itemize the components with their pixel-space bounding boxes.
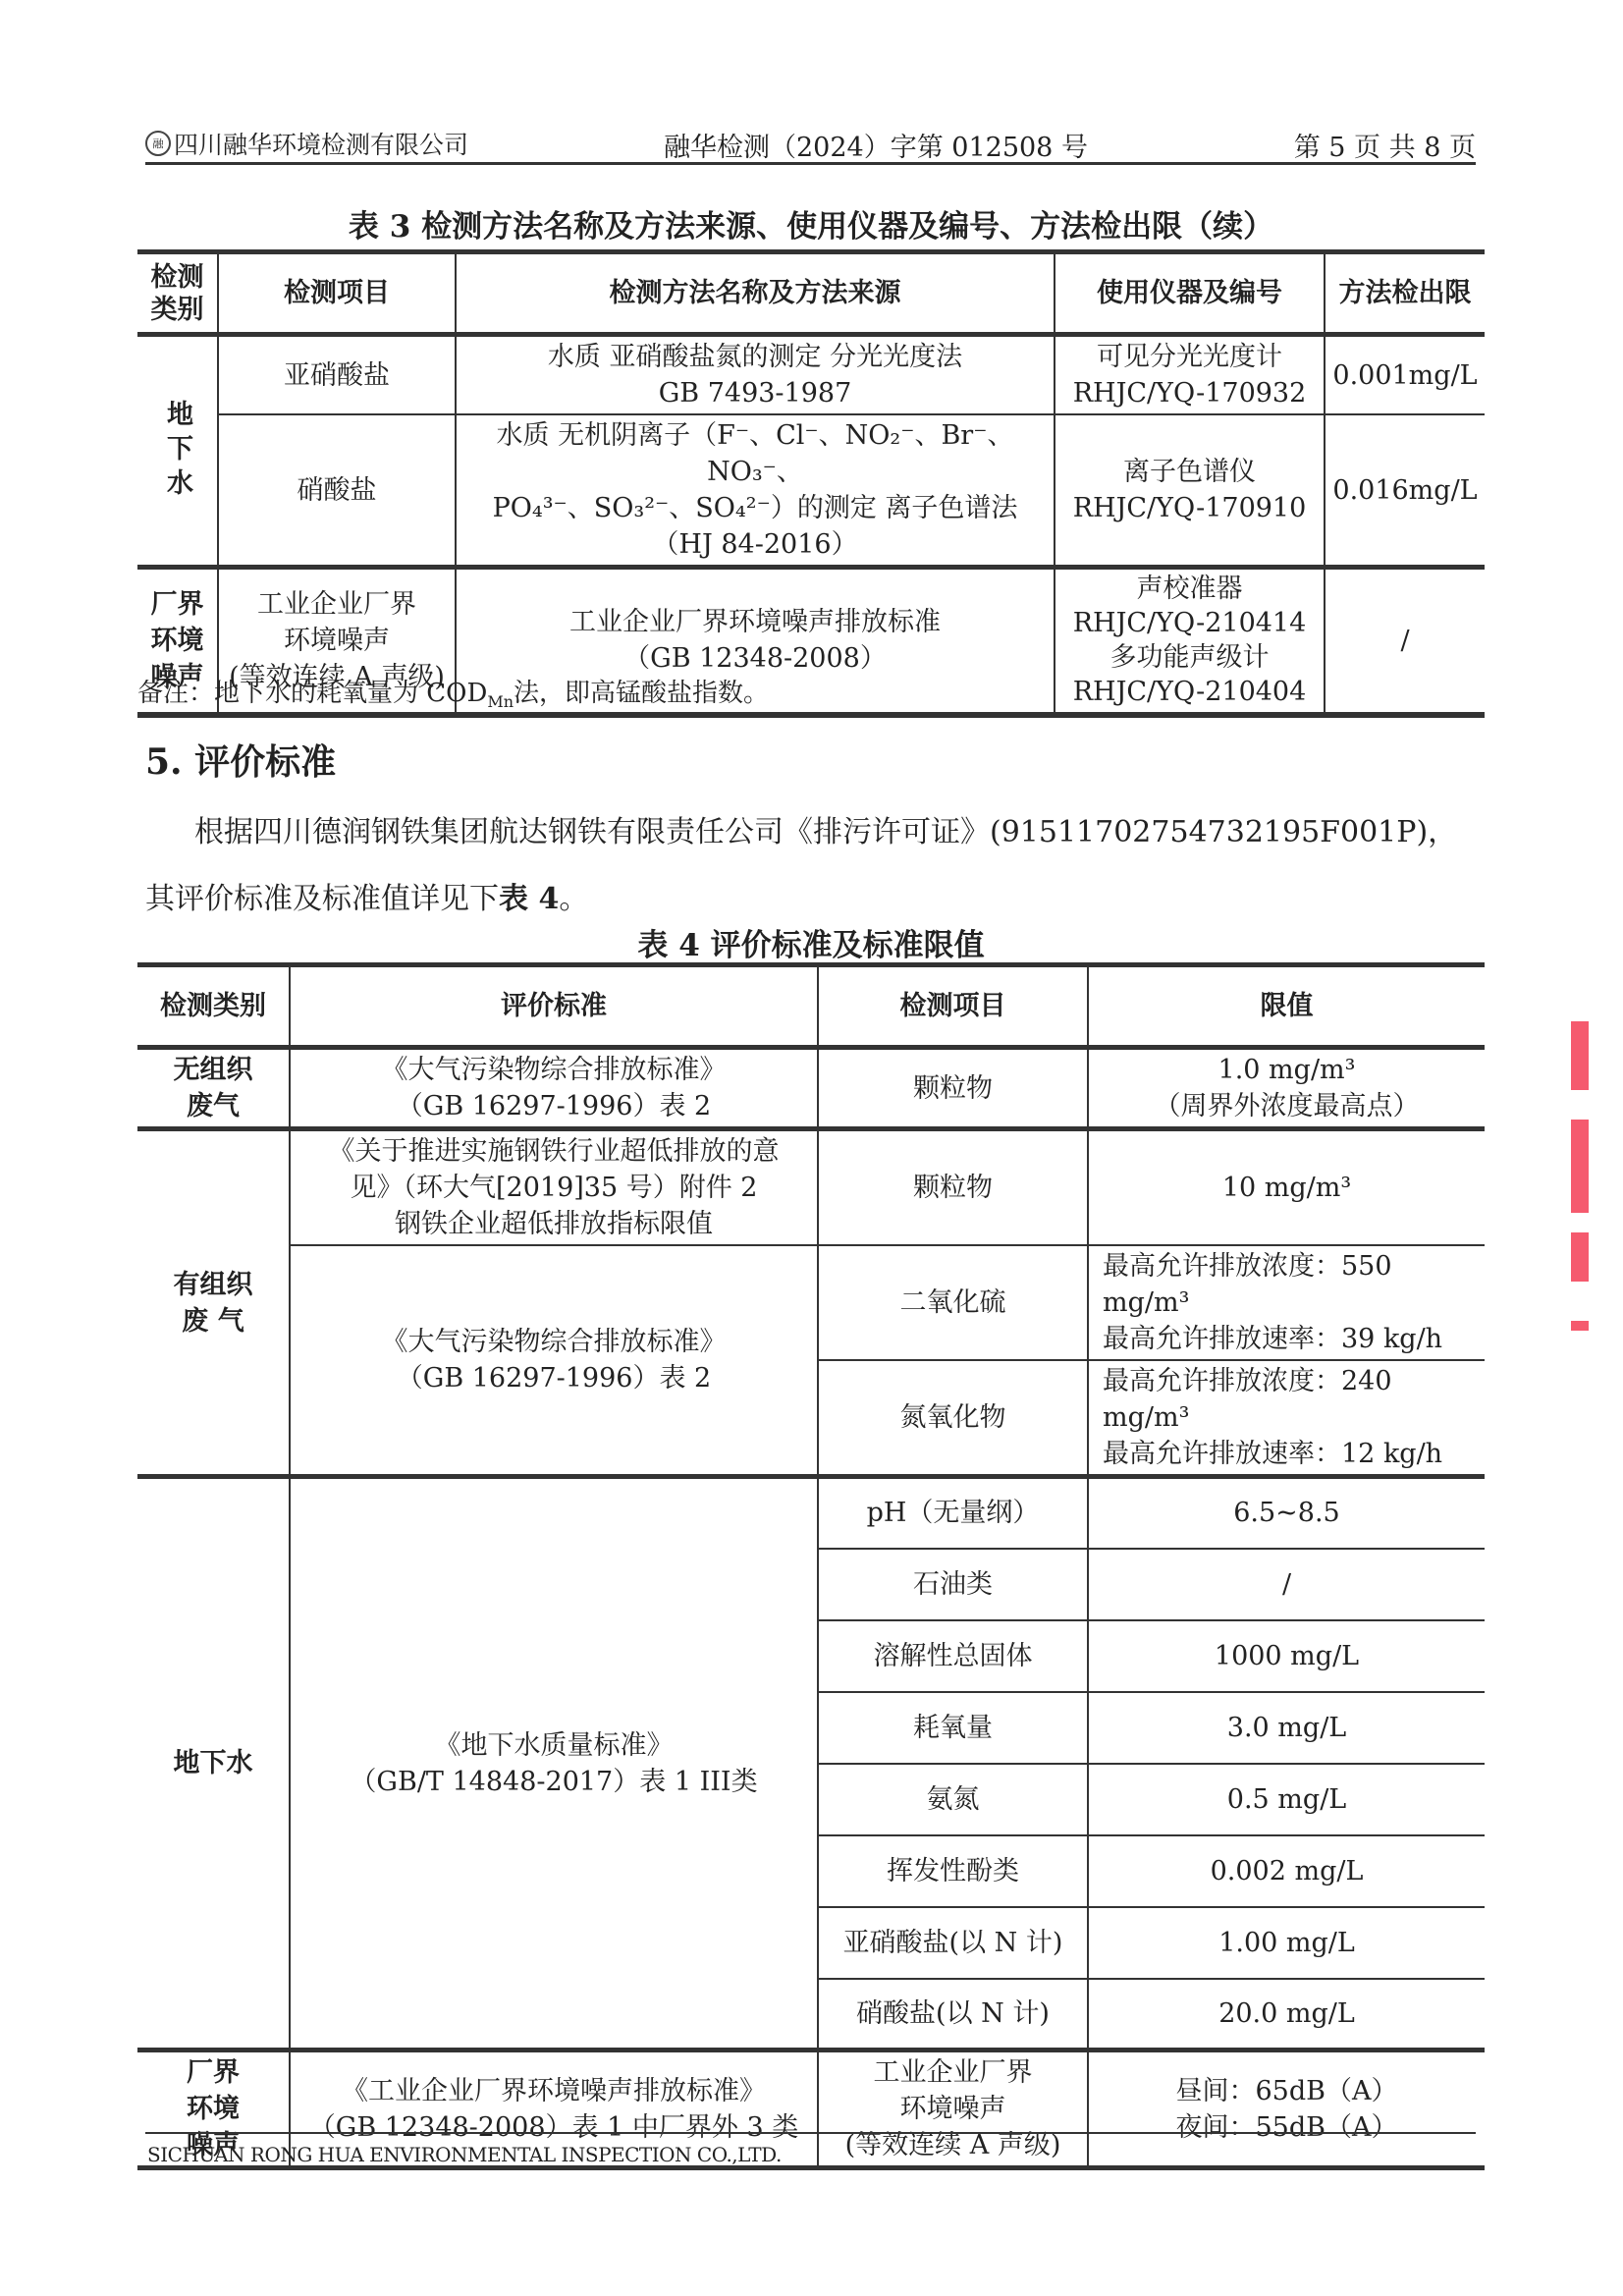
paragraph-line: 根据四川德润钢铁集团航达钢铁有限责任公司《排污许可证》(915117027547… [194, 807, 1457, 850]
item-cell: 石油类 [818, 1549, 1088, 1620]
method-line: 水质 亚硝酸盐氮的测定 分光光度法 [460, 339, 1050, 375]
header-divider [145, 162, 1476, 165]
item-cell: pH（无量纲） [818, 1477, 1088, 1549]
instrument-line: 离子色谱仪 [1059, 454, 1320, 490]
seal-stamp-fragment [1571, 1120, 1589, 1213]
limit-cell: 10 mg/m³ [1088, 1129, 1485, 1246]
item-line: 工业企业厂界 [819, 2054, 1087, 2091]
limit-cell: 最高允许排放浓度：550 mg/m³最高允许排放速率：39 kg/h [1088, 1245, 1485, 1360]
standard-line: 《工业企业厂界环境噪声排放标准》 [295, 2073, 813, 2109]
table-row: 有组织废 气 《关于推进实施钢铁行业超低排放的意见》（环大气[2019]35 号… [137, 1129, 1485, 1246]
item-cell: 颗粒物 [818, 1048, 1088, 1129]
instrument-cell: 离子色谱仪RHJC/YQ-170910 [1055, 414, 1325, 568]
table3-header-row: 检测类别 检测项目 检测方法名称及方法来源 使用仪器及编号 方法检出限 [137, 252, 1485, 335]
limit-cell: 1.0 mg/m³（周界外浓度最高点） [1088, 1048, 1485, 1129]
item-cell: 耗氧量 [818, 1692, 1088, 1764]
footer-company: SICHUAN RONG HUA ENVIRONMENTAL INSPECTIO… [147, 2143, 782, 2166]
table4: 检测类别 评价标准 检测项目 限值 无组织废气 《大气污染物综合排放标准》（GB… [137, 962, 1485, 2170]
standard-line: （GB 16297-1996）表 2 [295, 1088, 813, 1124]
item-cell: 氮氧化物 [818, 1360, 1088, 1477]
standard-cell: 《地下水质量标准》（GB/T 14848-2017）表 1 III类 [290, 1477, 818, 2050]
seal-stamp-fragment [1571, 1021, 1589, 1090]
company-logo-icon: 融 [145, 131, 171, 156]
limit-cell: 0.016mg/L [1325, 414, 1485, 568]
limit-line: 1.0 mg/m³ [1093, 1052, 1481, 1088]
table3-caption: 表 3 检测方法名称及方法来源、使用仪器及编号、方法检出限（续） [137, 201, 1485, 246]
company-label: 四川融华环境检测有限公司 [174, 126, 468, 161]
item-cell: 亚硝酸盐 [218, 335, 456, 415]
limit-cell: 1.00 mg/L [1088, 1907, 1485, 1979]
note-subscript: Mn [487, 692, 514, 711]
limit-line: （周界外浓度最高点） [1093, 1088, 1481, 1124]
table4-header: 检测类别 [137, 965, 290, 1048]
limit-cell: 6.5~8.5 [1088, 1477, 1485, 1549]
table-row: 硝酸盐 水质 无机阴离子（F⁻、Cl⁻、NO₂⁻、Br⁻、NO₃⁻、PO₄³⁻、… [137, 414, 1485, 568]
standard-line: 钢铁企业超低排放指标限值 [295, 1206, 813, 1242]
limit-cell: 昼间：65dB（A）夜间：55dB（A） [1088, 2050, 1485, 2168]
method-cell: 水质 无机阴离子（F⁻、Cl⁻、NO₂⁻、Br⁻、NO₃⁻、PO₄³⁻、SO₃²… [456, 414, 1055, 568]
limit-line: 最高允许排放速率：12 kg/h [1103, 1436, 1481, 1472]
item-cell: 氨氮 [818, 1764, 1088, 1835]
category-cell: 无组织废气 [137, 1048, 290, 1129]
limit-cell: / [1088, 1549, 1485, 1620]
standard-line: 《大气污染物综合排放标准》 [295, 1324, 813, 1360]
table-row: 地下水 亚硝酸盐 水质 亚硝酸盐氮的测定 分光光度法GB 7493-1987 可… [137, 335, 1485, 415]
standard-cell: 《大气污染物综合排放标准》（GB 16297-1996）表 2 [290, 1048, 818, 1129]
instrument-line: 声校准器 [1059, 572, 1320, 606]
table-row: 无组织废气 《大气污染物综合排放标准》（GB 16297-1996）表 2 颗粒… [137, 1048, 1485, 1129]
table-row: 《大气污染物综合排放标准》（GB 16297-1996）表 2 二氧化硫 最高允… [137, 1245, 1485, 1360]
standard-line: （GB/T 14848-2017）表 1 III类 [295, 1764, 813, 1800]
item-line: 环境噪声 [219, 623, 455, 659]
limit-line: 最高允许排放浓度：240 mg/m³ [1103, 1363, 1481, 1436]
page-number: 第 5 页 共 8 页 [1294, 126, 1476, 164]
method-line: 水质 无机阴离子（F⁻、Cl⁻、NO₂⁻、Br⁻、NO₃⁻、 [460, 417, 1050, 490]
table4-header: 评价标准 [290, 965, 818, 1048]
table-row: 地下水 《地下水质量标准》（GB/T 14848-2017）表 1 III类 p… [137, 1477, 1485, 1549]
limit-cell: 0.002 mg/L [1088, 1835, 1485, 1907]
method-line: GB 7493-1987 [460, 375, 1050, 411]
item-cell: 工业企业厂界环境噪声(等效连续 A 声级) [818, 2050, 1088, 2168]
standard-line: 见》（环大气[2019]35 号）附件 2 [295, 1170, 813, 1206]
item-cell: 溶解性总固体 [818, 1620, 1088, 1692]
limit-cell: 最高允许排放浓度：240 mg/m³最高允许排放速率：12 kg/h [1088, 1360, 1485, 1477]
page-header: 融 四川融华环境检测有限公司 融华检测（2024）字第 012508 号 第 5… [145, 126, 1476, 159]
standard-line: 《关于推进实施钢铁行业超低排放的意 [295, 1133, 813, 1170]
table3-header: 检测项目 [218, 252, 456, 335]
method-cell: 水质 亚硝酸盐氮的测定 分光光度法GB 7493-1987 [456, 335, 1055, 415]
paragraph-text: 其评价标准及标准值详见下 [145, 882, 499, 916]
note-text: 备注：地下水的耗氧量为 COD [137, 679, 487, 708]
company-name: 融 四川融华环境检测有限公司 [145, 126, 468, 161]
item-cell: 挥发性酚类 [818, 1835, 1088, 1907]
table3-header: 方法检出限 [1325, 252, 1485, 335]
item-cell: 颗粒物 [818, 1129, 1088, 1246]
footer-divider [145, 2132, 1476, 2134]
report-number: 融华检测（2024）字第 012508 号 [664, 126, 1088, 164]
table3-header: 检测类别 [137, 252, 218, 335]
instrument-line: 可见分光光度计 [1059, 339, 1320, 375]
table4-caption: 表 4 评价标准及标准限值 [137, 920, 1485, 964]
limit-line: 夜间：55dB（A） [1093, 2109, 1481, 2146]
section-heading: 5. 评价标准 [145, 735, 336, 785]
standard-line: 《大气污染物综合排放标准》 [295, 1052, 813, 1088]
limit-line: 昼间：65dB（A） [1093, 2073, 1481, 2109]
table4-header-row: 检测类别 评价标准 检测项目 限值 [137, 965, 1485, 1048]
method-line: （HJ 84-2016） [460, 526, 1050, 563]
seal-stamp-fragment [1571, 1232, 1589, 1282]
limit-line: 最高允许排放浓度：550 mg/m³ [1103, 1248, 1481, 1321]
table-reference: 表 4 [499, 882, 559, 916]
standard-cell: 《关于推进实施钢铁行业超低排放的意见》（环大气[2019]35 号）附件 2钢铁… [290, 1129, 818, 1246]
item-cell: 硝酸盐 [218, 414, 456, 568]
limit-line: 最高允许排放速率：39 kg/h [1103, 1321, 1481, 1357]
limit-cell: 20.0 mg/L [1088, 1979, 1485, 2050]
standard-line: 《地下水质量标准》 [295, 1727, 813, 1764]
category-cell: 地下水 [137, 1477, 290, 2050]
item-cell: 二氧化硫 [818, 1245, 1088, 1360]
item-line: 环境噪声 [819, 2091, 1087, 2127]
instrument-line: RHJC/YQ-210414 [1059, 606, 1320, 640]
item-cell: 硝酸盐(以 N 计) [818, 1979, 1088, 2050]
standard-line: （GB 12348-2008）表 1 中厂界外 3 类 [295, 2109, 813, 2146]
limit-cell: 0.001mg/L [1325, 335, 1485, 415]
paragraph-text: 。 [559, 882, 588, 916]
item-cell: 亚硝酸盐(以 N 计) [818, 1907, 1088, 1979]
instrument-line: RHJC/YQ-170932 [1059, 375, 1320, 411]
method-line: 工业企业厂界环境噪声排放标准 [460, 604, 1050, 640]
item-line: 工业企业厂界 [219, 586, 455, 623]
standard-line: （GB 16297-1996）表 2 [295, 1360, 813, 1396]
table4-header: 检测项目 [818, 965, 1088, 1048]
instrument-cell: 可见分光光度计RHJC/YQ-170932 [1055, 335, 1325, 415]
table3: 检测类别 检测项目 检测方法名称及方法来源 使用仪器及编号 方法检出限 地下水 … [137, 249, 1485, 714]
limit-cell: 0.5 mg/L [1088, 1764, 1485, 1835]
limit-cell: 3.0 mg/L [1088, 1692, 1485, 1764]
note-text-tail: 法，即高锰酸盐指数。 [514, 679, 769, 708]
seal-stamp-fragment [1571, 1321, 1589, 1331]
paragraph-line: 其评价标准及标准值详见下表 4。 [145, 874, 588, 917]
limit-cell: 1000 mg/L [1088, 1620, 1485, 1692]
method-line: PO₄³⁻、SO₃²⁻、SO₄²⁻）的测定 离子色谱法 [460, 490, 1050, 526]
table3-header: 检测方法名称及方法来源 [456, 252, 1055, 335]
table4-header: 限值 [1088, 965, 1485, 1048]
category-cell: 有组织废 气 [137, 1129, 290, 1477]
table3-header: 使用仪器及编号 [1055, 252, 1325, 335]
standard-cell: 《大气污染物综合排放标准》（GB 16297-1996）表 2 [290, 1245, 818, 1477]
category-cell: 地下水 [137, 335, 218, 568]
table3-note: 备注：地下水的耗氧量为 CODMn法，即高锰酸盐指数。 [137, 670, 1485, 718]
instrument-line: RHJC/YQ-170910 [1059, 490, 1320, 526]
